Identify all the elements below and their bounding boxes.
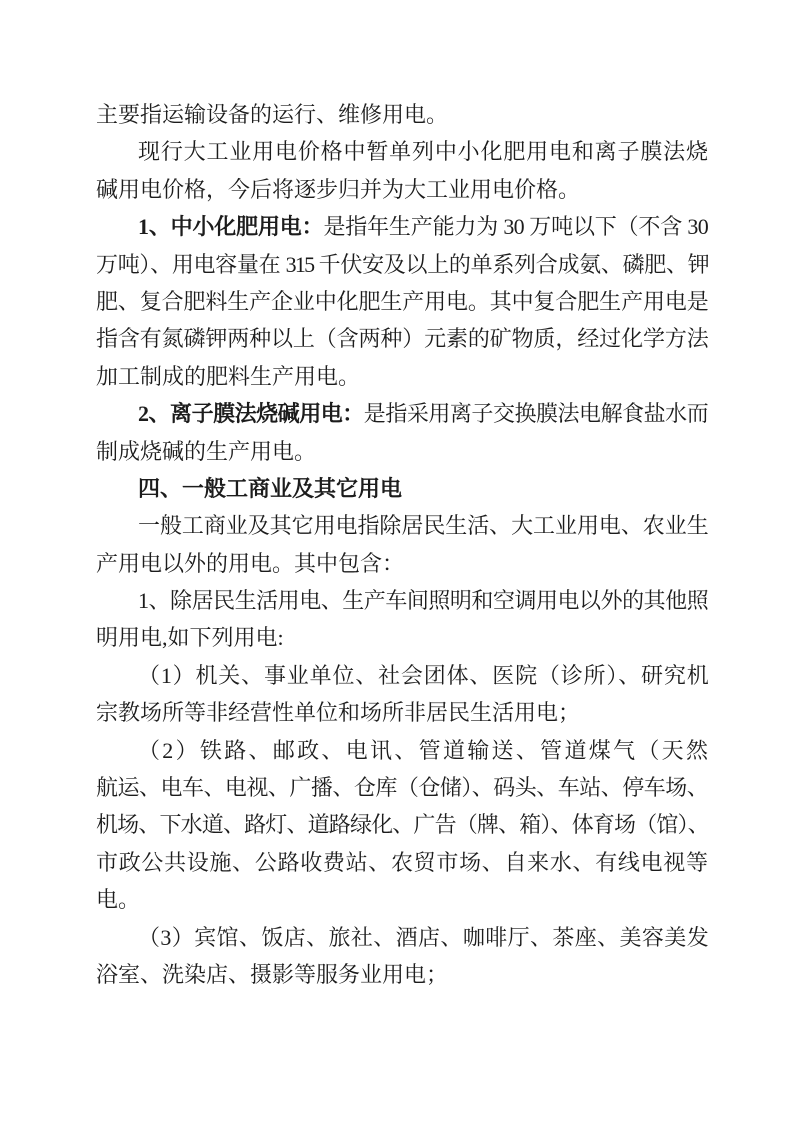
text-line: 市政公共设施、公路收费站、农贸市场、自来水、有线电视等用: [96, 844, 708, 881]
list-item: （1）机关、事业单位、社会团体、医院（诊所）、研究机构、 宗教场所等非经营性单位…: [96, 657, 708, 732]
text-line: 明用电,如下列用电:: [96, 619, 708, 656]
text-line: 电。: [96, 881, 708, 918]
line-text: 宗教场所等非经营性单位和场所非居民生活用电；: [96, 700, 580, 725]
text-line: 主要指运输设备的运行、维修用电。: [96, 96, 708, 133]
section-heading: 四、一般工商业及其它用电: [96, 470, 708, 507]
line-text: 万吨）、用电容量在 315 千伏安及以上的单系列合成氨、磷肥、钾: [96, 252, 708, 277]
line-text: （3）宾馆、饭店、旅社、酒店、咖啡厅、茶座、美容美发厅、: [96, 925, 708, 956]
line-text: 肥、复合肥料生产企业中化肥生产用电。其中复合肥生产用电是: [96, 289, 708, 314]
text-line: 肥、复合肥料生产企业中化肥生产用电。其中复合肥生产用电是: [96, 283, 708, 320]
text-line: 现行大工业用电价格中暂单列中小化肥用电和离子膜法烧: [96, 133, 708, 170]
text-line: 一般工商业及其它用电指除居民生活、大工业用电、农业生: [96, 507, 708, 544]
line-text: 一般工商业及其它用电指除居民生活、大工业用电、农业生: [138, 513, 708, 538]
text-line: 1、除居民生活用电、生产车间照明和空调用电以外的其他照: [96, 582, 708, 619]
paragraph: 一般工商业及其它用电指除居民生活、大工业用电、农业生 产用电以外的用电。其中包含…: [96, 507, 708, 582]
line-text: （1）机关、事业单位、社会团体、医院（诊所）、研究机构、: [96, 663, 708, 694]
text-block: 主要指运输设备的运行、维修用电。 现行大工业用电价格中暂单列中小化肥用电和离子膜…: [96, 96, 708, 993]
text-line: 2、离子膜法烧碱用电：是指采用离子交换膜法电解食盐水而: [96, 395, 708, 432]
bold-lead-text: 2、离子膜法烧碱用电：: [138, 401, 364, 426]
paragraph: 1、除居民生活用电、生产车间照明和空调用电以外的其他照 明用电,如下列用电:: [96, 582, 708, 657]
paragraph: 主要指运输设备的运行、维修用电。: [96, 96, 708, 133]
line-text: 是指年生产能力为 30 万吨以下（不含 30: [323, 214, 708, 239]
list-item: （2）铁路、邮政、电讯、管道输送、管道煤气（天然气）、 航运、电车、电视、广播、…: [96, 732, 708, 919]
list-item: （3）宾馆、饭店、旅社、酒店、咖啡厅、茶座、美容美发厅、 浴室、洗染店、摄影等服…: [96, 919, 708, 994]
text-line: （2）铁路、邮政、电讯、管道输送、管道煤气（天然气）、: [96, 732, 708, 769]
line-text: 产用电以外的用电。其中包含：: [96, 551, 404, 576]
line-text: 市政公共设施、公路收费站、农贸市场、自来水、有线电视等用: [96, 850, 708, 881]
line-text: 明用电,如下列用电:: [96, 625, 284, 650]
text-line: （1）机关、事业单位、社会团体、医院（诊所）、研究机构、: [96, 657, 708, 694]
paragraph: 1、中小化肥用电：是指年生产能力为 30 万吨以下（不含 30 万吨）、用电容量…: [96, 208, 708, 395]
text-line: 万吨）、用电容量在 315 千伏安及以上的单系列合成氨、磷肥、钾: [96, 246, 708, 283]
heading-text: 四、一般工商业及其它用电: [138, 476, 402, 501]
text-line: 指含有氮磷钾两种以上（含两种）元素的矿物质，经过化学方法: [96, 320, 708, 357]
paragraph: 2、离子膜法烧碱用电：是指采用离子交换膜法电解食盐水而 制成烧碱的生产用电。: [96, 395, 708, 470]
text-line: 四、一般工商业及其它用电: [96, 470, 708, 507]
text-line: 宗教场所等非经营性单位和场所非居民生活用电；: [96, 694, 708, 731]
line-text: 加工制成的肥料生产用电。: [96, 364, 360, 389]
line-text: 指含有氮磷钾两种以上（含两种）元素的矿物质，经过化学方法: [96, 326, 708, 351]
text-line: 1、中小化肥用电：是指年生产能力为 30 万吨以下（不含 30: [96, 208, 708, 245]
line-text: （2）铁路、邮政、电讯、管道输送、管道煤气（天然气）、: [96, 738, 708, 769]
line-text: 1、除居民生活用电、生产车间照明和空调用电以外的其他照: [138, 588, 708, 613]
line-text: 主要指运输设备的运行、维修用电。: [96, 102, 448, 127]
line-text: 机场、下水道、路灯、道路绿化、广告（牌、箱）、体育场（馆）、: [96, 812, 708, 837]
line-text: 航运、电车、电视、广播、仓库（仓储）、码头、车站、停车场、: [96, 775, 708, 800]
text-line: 产用电以外的用电。其中包含：: [96, 545, 708, 582]
text-line: 碱用电价格，今后将逐步归并为大工业用电价格。: [96, 171, 708, 208]
bold-lead-text: 1、中小化肥用电：: [138, 214, 323, 239]
text-line: 制成烧碱的生产用电。: [96, 433, 708, 470]
document-page: 主要指运输设备的运行、维修用电。 现行大工业用电价格中暂单列中小化肥用电和离子膜…: [0, 0, 793, 1122]
paragraph: 现行大工业用电价格中暂单列中小化肥用电和离子膜法烧 碱用电价格，今后将逐步归并为…: [96, 133, 708, 208]
line-text: 碱用电价格，今后将逐步归并为大工业用电价格。: [96, 177, 580, 202]
text-line: （3）宾馆、饭店、旅社、酒店、咖啡厅、茶座、美容美发厅、: [96, 919, 708, 956]
text-line: 航运、电车、电视、广播、仓库（仓储）、码头、车站、停车场、: [96, 769, 708, 806]
line-text: 现行大工业用电价格中暂单列中小化肥用电和离子膜法烧: [138, 139, 708, 164]
line-text: 制成烧碱的生产用电。: [96, 439, 316, 464]
text-line: 浴室、洗染店、摄影等服务业用电；: [96, 956, 708, 993]
text-line: 机场、下水道、路灯、道路绿化、广告（牌、箱）、体育场（馆）、: [96, 806, 708, 843]
line-text: 是指采用离子交换膜法电解食盐水而: [364, 401, 708, 426]
line-text: 电。: [96, 887, 140, 912]
line-text: 浴室、洗染店、摄影等服务业用电；: [96, 962, 448, 987]
text-line: 加工制成的肥料生产用电。: [96, 358, 708, 395]
